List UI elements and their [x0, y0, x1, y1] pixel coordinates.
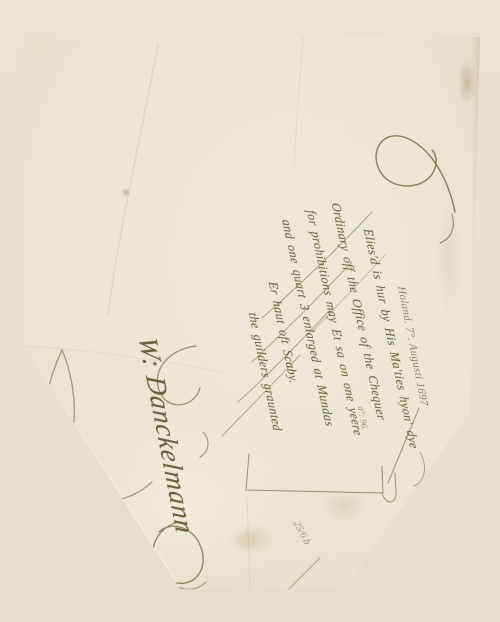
ink-flourishes: [0, 0, 500, 622]
terminal-flourish: [153, 522, 203, 583]
pen-stroke: [252, 262, 352, 362]
pen-stroke: [222, 355, 300, 436]
docket-box: [246, 454, 383, 493]
letter-sheet: Elies'd is hur by His Ma'ties hyon' dye …: [0, 0, 500, 622]
crease-line: [247, 497, 250, 589]
terminal-flourish-tail: [168, 580, 206, 589]
signature-swirl: [157, 346, 200, 405]
initial-flourish: [376, 136, 455, 212]
pen-stroke: [238, 310, 330, 402]
crease-line: [108, 45, 158, 315]
docket-box-corner-flourish: [382, 473, 396, 502]
docket-box-diagonal: [388, 408, 419, 483]
pen-stroke-hook: [414, 452, 425, 486]
endorsement-stroke: [289, 558, 320, 589]
initial-flourish-tail: [440, 214, 453, 243]
crease-line: [294, 37, 303, 165]
paraph-loop: [45, 350, 74, 468]
manuscript-scan: Elies'd is hur by His Ma'ties hyon' dye …: [0, 0, 500, 622]
paraph-tail: [58, 468, 152, 501]
signature-squiggle: [200, 432, 208, 457]
pen-stroke: [262, 212, 372, 318]
pen-stroke: [312, 255, 385, 332]
stain: [408, 12, 442, 30]
